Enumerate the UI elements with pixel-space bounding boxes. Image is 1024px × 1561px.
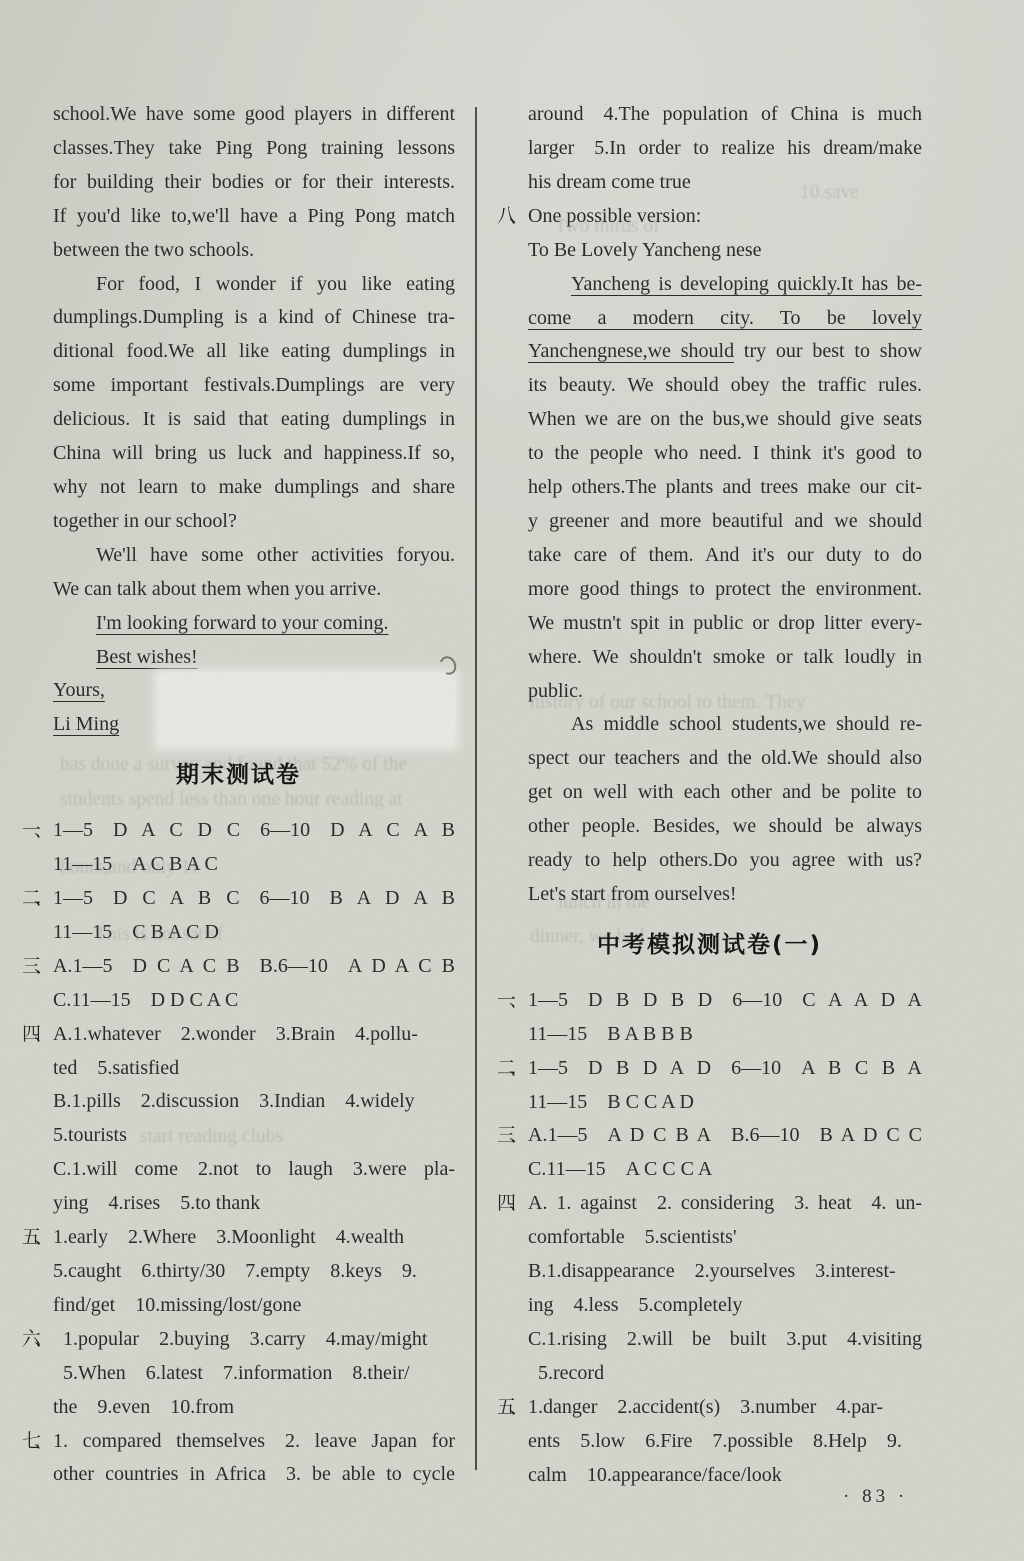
text-line: some important festivals.Dumplings are v… — [53, 369, 455, 403]
item-content: 1—5 D B D B D 6—10 C A A D A11—15 B A B … — [528, 984, 922, 1052]
text-line: 1—5 D B D B D 6—10 C A A D A — [528, 984, 922, 1018]
text-line: As middle school students,we should re- — [528, 708, 922, 742]
item-content: A.1.whatever 2.wonder 3.Brain 4.pollu-te… — [53, 1018, 455, 1221]
item-label: 一、 — [22, 814, 53, 882]
text-line: his dream come true — [528, 166, 922, 200]
text-line: 5.record — [528, 1357, 922, 1391]
section-heading: 期末测试卷 — [22, 758, 455, 792]
underlined-text: Yanchengnese,we should — [528, 340, 734, 362]
text-line: 11—15 B A B B B — [528, 1018, 922, 1052]
text-line: To Be Lovely Yancheng nese — [528, 234, 922, 268]
text-line: classes.They take Ping Pong training les… — [53, 132, 455, 166]
text-line: for building their bodies or for their i… — [53, 166, 455, 200]
item-content: 1.early 2.Where 3.Moonlight 4.wealth5.ca… — [53, 1221, 455, 1323]
text-line: ing 4.less 5.completely — [528, 1289, 922, 1323]
paragraph: school.We have some good players in diff… — [53, 98, 455, 268]
correction-patch — [158, 673, 455, 746]
text-line: 5.caught 6.thirty/30 7.empty 8.keys 9. — [53, 1255, 455, 1289]
item-label: 二、 — [497, 1052, 528, 1120]
right-column: around 4.The population of China is much… — [497, 98, 922, 1492]
item-label: 一、 — [497, 984, 528, 1052]
left-column: school.We have some good players in diff… — [22, 98, 455, 1492]
item-content: 1—5 D B D A D 6—10 A B C B A11—15 B C C … — [528, 1052, 922, 1120]
answer-item: around 4.The population of China is much… — [497, 98, 922, 200]
item-label — [497, 98, 528, 200]
text-line: comfortable 5.scientists' — [528, 1221, 922, 1255]
text-line: Let's start from ourselves! — [528, 878, 922, 912]
item-content: 1.popular 2.buying 3.carry 4.may/might 5… — [53, 1323, 455, 1425]
answer-item: 三、A.1—5 A D C B A B.6—10 B A D C CC.11—1… — [497, 1119, 922, 1187]
item-content: 1—5 D A C D C 6—10 D A C A B11—15 A C B … — [53, 814, 455, 882]
item-content: around 4.The population of China is much… — [528, 98, 922, 200]
text-line: around 4.The population of China is much — [528, 98, 922, 132]
answer-item: 五、1.danger 2.accident(s) 3.number 4.par-… — [497, 1391, 922, 1493]
text-line: 11—15 B C C A D — [528, 1086, 922, 1120]
item-label: 六、 — [22, 1323, 53, 1425]
answer-item: 六、 1.popular 2.buying 3.carry 4.may/migh… — [22, 1323, 455, 1425]
underlined-text: Li Ming — [53, 713, 119, 735]
text-line: For food, I wonder if you like eating — [53, 268, 455, 302]
text-line: take care of them. And it's our duty to … — [528, 539, 922, 573]
paragraph: Yancheng is developing quickly.It has be… — [528, 268, 922, 709]
text-line: Yanchengnese,we should try our best to s… — [528, 335, 922, 369]
item-label: 四、 — [497, 1187, 528, 1390]
text-line: 1—5 D C A B C 6—10 B A D A B — [53, 882, 455, 916]
text-line: A.1—5 A D C B A B.6—10 B A D C C — [528, 1119, 922, 1153]
item-content: A.1—5 D C A C B B.6—10 A D A C BC.11—15 … — [53, 950, 455, 1018]
text-line: ents 5.low 6.Fire 7.possible 8.Help 9. — [528, 1425, 922, 1459]
text-line: C.11—15 D D C A C — [53, 984, 455, 1018]
text-line: to the people who need. I think it's goo… — [528, 437, 922, 471]
paragraph: We'll have some other activities foryou.… — [53, 539, 455, 607]
item-content: One possible version: — [528, 200, 922, 234]
text-line: 1.early 2.Where 3.Moonlight 4.wealth — [53, 1221, 455, 1255]
answer-item: 一、1—5 D B D B D 6—10 C A A D A11—15 B A … — [497, 984, 922, 1052]
answer-item: 五、1.early 2.Where 3.Moonlight 4.wealth5.… — [22, 1221, 455, 1323]
text-line: 5.tourists — [53, 1119, 455, 1153]
text-line: B.1.disappearance 2.yourselves 3.interes… — [528, 1255, 922, 1289]
item-content: 1—5 D C A B C 6—10 B A D A B11—15 C B A … — [53, 882, 455, 950]
paragraph: To Be Lovely Yancheng nese — [528, 234, 922, 268]
text-line: Best wishes! — [53, 641, 455, 675]
answer-item: 一、1—5 D A C D C 6—10 D A C A B11—15 A C … — [22, 814, 455, 882]
text-line: spect our teachers and the old.We should… — [528, 742, 922, 776]
text-line: ready to help others.Do you agree with u… — [528, 844, 922, 878]
text-line: If you'd like to,we'll have a Ping Pong … — [53, 200, 455, 234]
text-line: A. 1. against 2. considering 3. heat 4. … — [528, 1187, 922, 1221]
answer-item: 四、A.1.whatever 2.wonder 3.Brain 4.pollu-… — [22, 1018, 455, 1221]
text-line: We'll have some other activities foryou. — [53, 539, 455, 573]
item-content: A.1—5 A D C B A B.6—10 B A D C CC.11—15 … — [528, 1119, 922, 1187]
answer-item: 七、1. compared themselves 2. leave Japan … — [22, 1425, 455, 1493]
text-line: 1—5 D B D A D 6—10 A B C B A — [528, 1052, 922, 1086]
text-line: ditional food.We all like eating dumplin… — [53, 335, 455, 369]
text-line: school.We have some good players in diff… — [53, 98, 455, 132]
text-line: C.11—15 A C C C A — [528, 1153, 922, 1187]
text-line: Yancheng is developing quickly.It has be… — [528, 268, 922, 302]
text-line: A.1—5 D C A C B B.6—10 A D A C B — [53, 950, 455, 984]
text-line: 1.danger 2.accident(s) 3.number 4.par- — [528, 1391, 922, 1425]
text-line: We mustn't spit in public or drop litter… — [528, 607, 922, 641]
text-line: public. — [528, 675, 922, 709]
text-line: C.1.rising 2.will be built 3.put 4.visit… — [528, 1323, 922, 1357]
answer-item: 三、A.1—5 D C A C B B.6—10 A D A C BC.11—1… — [22, 950, 455, 1018]
text-line: dumplings.Dumpling is a kind of Chinese … — [53, 301, 455, 335]
text-line: the 9.even 10.from — [53, 1391, 455, 1425]
text-line: find/get 10.missing/lost/gone — [53, 1289, 455, 1323]
text-line: between the two schools. — [53, 234, 455, 268]
item-label: 五、 — [497, 1391, 528, 1493]
text-line: C.1.will come 2.not to laugh 3.were pla- — [53, 1153, 455, 1187]
text-line: y greener and more beautiful and we shou… — [528, 505, 922, 539]
text-line: help others.The plants and trees make ou… — [528, 471, 922, 505]
underlined-text: Yours, — [53, 679, 105, 701]
underlined-text: come a modern city. To be lovely — [528, 307, 922, 329]
text-line: I'm looking forward to your coming. — [53, 607, 455, 641]
item-content: 1. compared themselves 2. leave Japan fo… — [53, 1425, 455, 1493]
text-line: get on well with each other and be polit… — [528, 776, 922, 810]
text-line: When we are on the bus,we should give se… — [528, 403, 922, 437]
item-content: A. 1. against 2. considering 3. heat 4. … — [528, 1187, 922, 1390]
text-line: together in our school? — [53, 505, 455, 539]
text-line: 1. compared themselves 2. leave Japan fo… — [53, 1425, 455, 1459]
underlined-text: Best wishes! — [96, 646, 198, 668]
answer-item: 二、1—5 D B D A D 6—10 A B C B A11—15 B C … — [497, 1052, 922, 1120]
answer-item: 四、A. 1. against 2. considering 3. heat 4… — [497, 1187, 922, 1390]
text-line: B.1.pills 2.discussion 3.Indian 4.widely — [53, 1085, 455, 1119]
text-line: other people. Besides, we should be alwa… — [528, 810, 922, 844]
text-line: its beauty. We should obey the traffic r… — [528, 369, 922, 403]
item-label: 二、 — [22, 882, 53, 950]
item-label: 七、 — [22, 1425, 53, 1493]
page-number: · 83 · — [843, 1486, 908, 1508]
text-line: 1—5 D A C D C 6—10 D A C A B — [53, 814, 455, 848]
item-label: 五、 — [22, 1221, 53, 1323]
item-content: 1.danger 2.accident(s) 3.number 4.par-en… — [528, 1391, 922, 1493]
item-label: 三、 — [497, 1119, 528, 1187]
column-divider — [475, 107, 477, 1470]
text-line: why not learn to make dumplings and shar… — [53, 471, 455, 505]
text-line: more good things to protect the environm… — [528, 573, 922, 607]
paragraph: For food, I wonder if you like eatingdum… — [53, 268, 455, 539]
text-line: delicious. It is said that eating dumpli… — [53, 403, 455, 437]
item-label: 四、 — [22, 1018, 53, 1221]
text-line: ying 4.rises 5.to thank — [53, 1187, 455, 1221]
text-line: One possible version: — [528, 200, 922, 234]
underlined-text: I'm looking forward to your coming. — [96, 612, 388, 634]
text-line: 11—15 A C B A C — [53, 848, 455, 882]
answer-item: 二、1—5 D C A B C 6—10 B A D A B11—15 C B … — [22, 882, 455, 950]
text-line: We can talk about them when you arrive. — [53, 573, 455, 607]
text-line: 1.popular 2.buying 3.carry 4.may/might — [53, 1323, 455, 1357]
text-line: come a modern city. To be lovely — [528, 302, 922, 336]
text-line: China will bring us luck and happiness.I… — [53, 437, 455, 471]
text-line: 11—15 C B A C D — [53, 916, 455, 950]
text-line: ted 5.satisfied — [53, 1052, 455, 1086]
underlined-text: Yancheng is developing quickly.It has be… — [571, 273, 922, 295]
text-line: A.1.whatever 2.wonder 3.Brain 4.pollu- — [53, 1018, 455, 1052]
paragraph: As middle school students,we should re-s… — [528, 708, 922, 911]
text-line: larger 5.In order to realize his dream/m… — [528, 132, 922, 166]
answer-item: 八、One possible version: — [497, 200, 922, 234]
text-line: where. We shouldn't smoke or talk loudly… — [528, 641, 922, 675]
scanned-answer-page: school.We have some good players in diff… — [0, 0, 1024, 1561]
item-label: 三、 — [22, 950, 53, 1018]
text-line: other countries in Africa 3. be able to … — [53, 1458, 455, 1492]
section-heading: 中考模拟测试卷(一) — [497, 928, 922, 962]
item-label: 八、 — [497, 200, 528, 234]
text-line: 5.When 6.latest 7.information 8.their/ — [53, 1357, 455, 1391]
